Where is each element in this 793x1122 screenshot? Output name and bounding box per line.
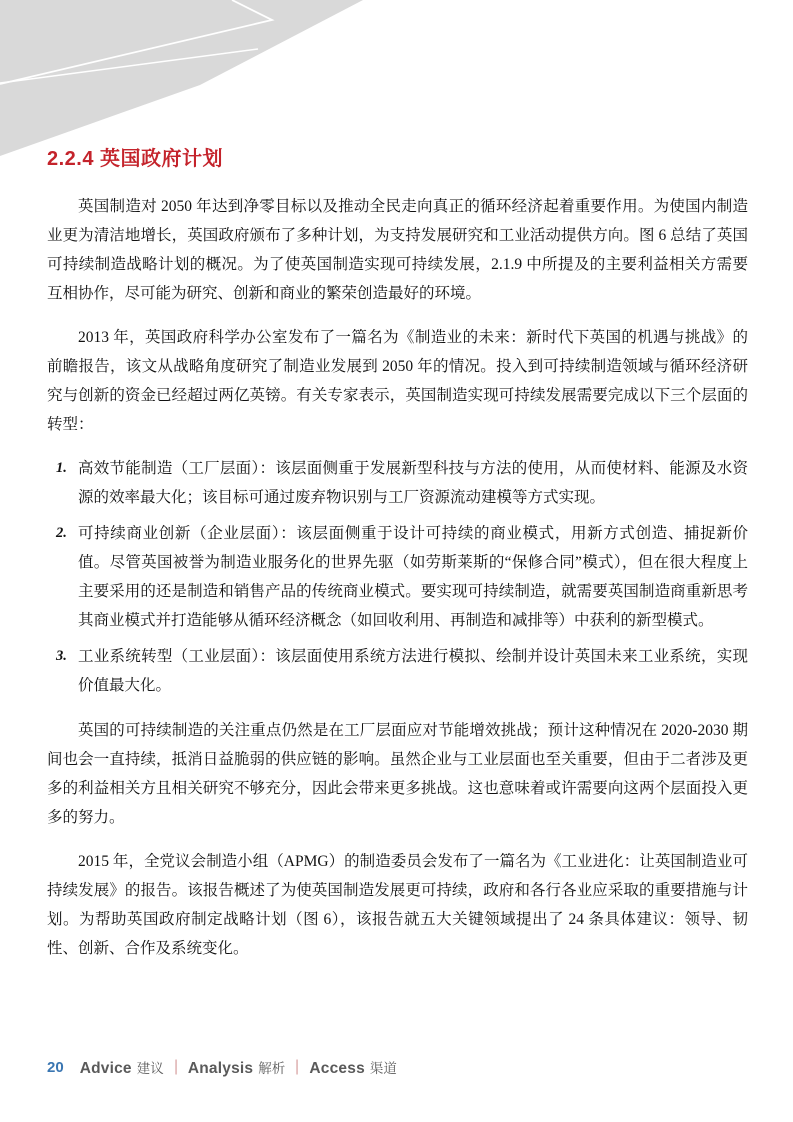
footer-tagline-en: Advice [80, 1060, 132, 1078]
footer-tagline-zh: 渠道 [370, 1057, 397, 1077]
corner-fold-line-2 [0, 49, 258, 83]
page-number: 20 [47, 1059, 64, 1076]
footer-tagline-zh: 建议 [137, 1057, 164, 1077]
section-heading: 2.2.4英国政府计划 [47, 142, 748, 171]
footer-tagline-zh: 解析 [258, 1057, 285, 1077]
list-item-industry-level: 3. 工业系统转型（工业层面）：该层面使用系统方法进行模拟、绘制并设计英国未来工… [47, 642, 748, 700]
list-item-business-level: 2. 可持续商业创新（企业层面）：该层面侧重于设计可持续的商业模式，用新方式创造… [47, 519, 748, 635]
footer-tagline-advice: Advice 建议 [80, 1057, 164, 1078]
section-number: 2.2.4 [47, 148, 94, 170]
corner-polygon [0, 0, 363, 156]
transformation-list: 1. 高效节能制造（工厂层面）：该层面侧重于发展新型科技与方法的使用，从而使材料… [47, 454, 748, 700]
footer-separator: | [174, 1058, 177, 1076]
paragraph-2013-report: 2013 年，英国政府科学办公室发布了一篇名为《制造业的未来：新时代下英国的机遇… [47, 323, 748, 439]
page-content: 2.2.4英国政府计划 英国制造对 2050 年达到净零目标以及推动全民走向真正… [47, 142, 748, 978]
list-item-text: 高效节能制造（工厂层面）：该层面侧重于发展新型科技与方法的使用，从而使材料、能源… [78, 454, 748, 512]
list-item-factory-level: 1. 高效节能制造（工厂层面）：该层面侧重于发展新型科技与方法的使用，从而使材料… [47, 454, 748, 512]
footer-tagline-access: Access 渠道 [309, 1057, 397, 1078]
footer-tagline-analysis: Analysis 解析 [188, 1057, 285, 1078]
footer-separator: | [296, 1058, 299, 1076]
paragraph-focus-challenges: 英国的可持续制造的关注重点仍然是在工厂层面应对节能增效挑战；预计这种情况在 20… [47, 716, 748, 832]
section-title: 英国政府计划 [100, 148, 223, 170]
page-footer: 20 Advice 建议 | Analysis 解析 | Access 渠道 [47, 1055, 397, 1079]
list-item-text: 工业系统转型（工业层面）：该层面使用系统方法进行模拟、绘制并设计英国未来工业系统… [78, 642, 748, 700]
paragraph-2015-apmg: 2015 年，全党议会制造小组（APMG）的制造委员会发布了一篇名为《工业进化：… [47, 847, 748, 963]
list-item-text: 可持续商业创新（企业层面）：该层面侧重于设计可持续的商业模式，用新方式创造、捕捉… [78, 519, 748, 635]
corner-fold-line [0, 0, 272, 84]
paragraph-intro: 英国制造对 2050 年达到净零目标以及推动全民走向真正的循环经济起着重要作用。… [47, 192, 748, 308]
list-marker: 2. [56, 519, 67, 548]
footer-tagline-en: Access [309, 1060, 365, 1078]
list-marker: 3. [56, 642, 67, 671]
footer-tagline-en: Analysis [188, 1060, 253, 1078]
list-marker: 1. [56, 454, 67, 483]
